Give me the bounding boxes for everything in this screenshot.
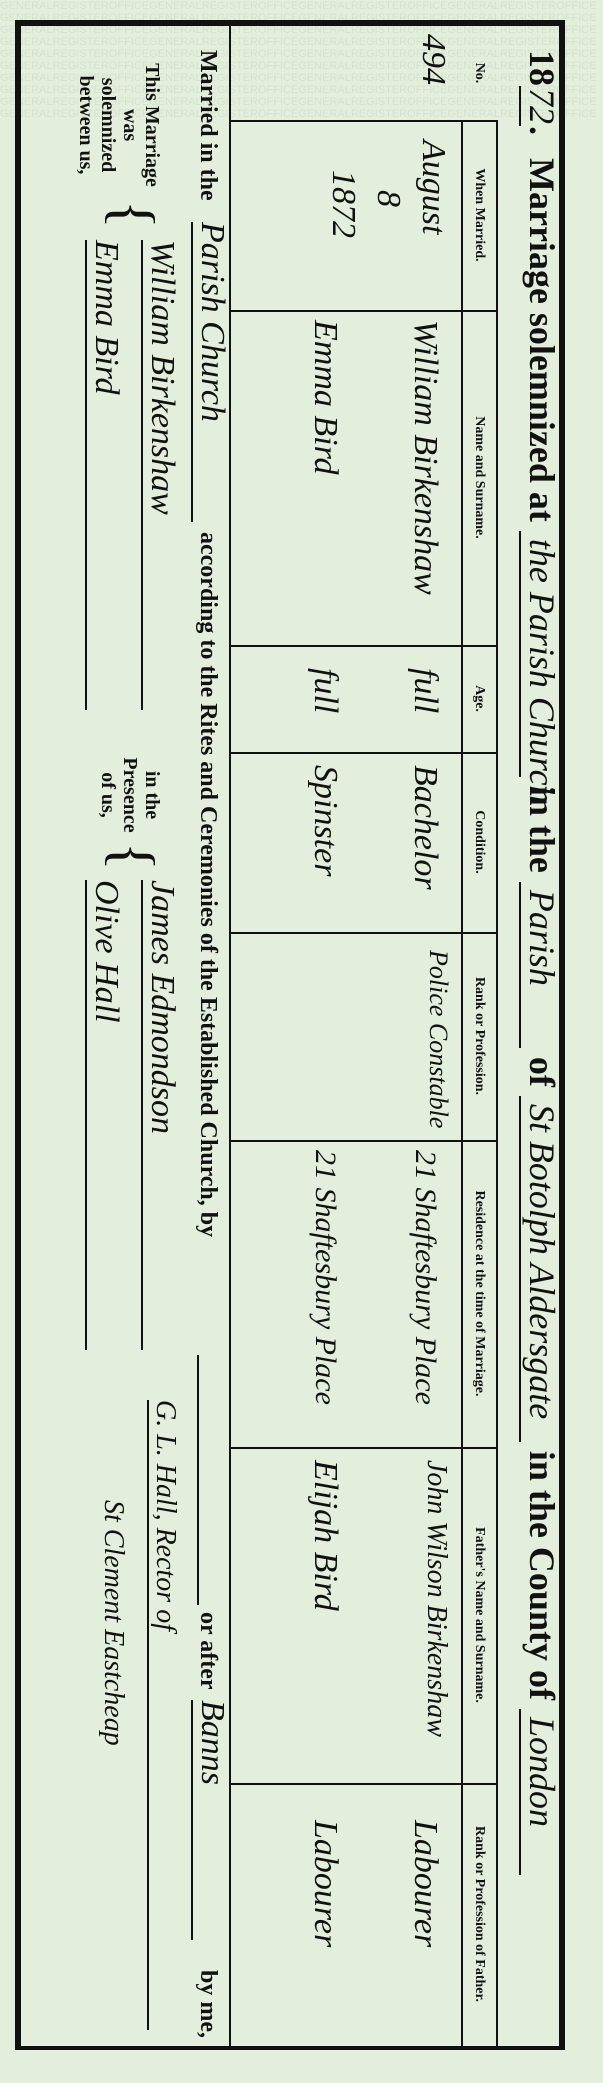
banns-field: Banns: [191, 1700, 231, 1940]
bride-father-name: Elijah Bird: [305, 1460, 345, 1611]
parish-name-field: St Botolph Aldersgate: [519, 1096, 563, 1442]
presence-line-2: Presence: [119, 750, 141, 840]
column-header-age: Age.: [463, 645, 495, 752]
witness-1-signature: James Edmondson: [141, 880, 181, 1350]
solemnized-line-1: This Marriage: [141, 60, 163, 190]
county-field: London: [519, 1709, 563, 1875]
year-suffix: 72: [519, 86, 563, 126]
col-divider: [231, 1783, 498, 1785]
groom-name: William Birkenshaw: [405, 320, 445, 595]
officiant-parish: St Clement Eastcheap: [93, 1500, 133, 1746]
brace-icon: {: [103, 842, 163, 871]
column-header-when-married: When Married.: [463, 120, 495, 310]
column-header-father-rank: Rank or Profession of Father.: [463, 1783, 495, 2045]
col-divider: [231, 1140, 498, 1142]
bride-name: Emma Bird: [305, 320, 345, 475]
marriage-certificate: 1872. Marriage solemnized at the Parish …: [0, 0, 603, 2083]
bride-condition: Spinster: [305, 765, 345, 876]
column-header-residence: Residence at the time of Marriage.: [463, 1140, 495, 1447]
certificate-heading: 1872. Marriage solemnized at the Parish …: [519, 50, 563, 1875]
married-in-rites-text: according to the Rites and Ceremonies of…: [194, 532, 221, 1237]
in-the-label: in the: [522, 786, 562, 873]
district-field: Parish: [519, 882, 563, 1048]
date-month: August: [413, 140, 453, 234]
col-divider: [231, 752, 498, 754]
solemnized-line-2: was solemnized: [97, 60, 141, 190]
column-header-father-name: Father's Name and Surname.: [463, 1447, 495, 1783]
bride-residence: 21 Shaftesbury Place: [305, 1150, 345, 1405]
date-day: 8: [368, 190, 408, 207]
date-year: 1872: [323, 170, 363, 238]
by-me-label: by me,: [194, 1970, 221, 2038]
groom-rank: Police Constable: [423, 950, 453, 1130]
solemnized-line-3: between us,: [75, 60, 97, 190]
married-in-prefix: Married in the: [194, 50, 221, 201]
witness-2-signature: Olive Hall: [85, 880, 125, 1350]
year-prefix: 18: [522, 50, 562, 86]
county-label: in the County of: [522, 1451, 562, 1700]
col-divider: [231, 645, 498, 647]
groom-father-rank: Labourer: [405, 1820, 445, 1947]
of-label: of: [522, 1057, 562, 1087]
column-header-condition: Condition.: [463, 752, 495, 932]
place-field: the Parish Church: [519, 531, 563, 777]
col-divider: [231, 1447, 498, 1449]
or-after-label: or after: [194, 1612, 221, 1690]
col-divider: [231, 932, 498, 934]
bride-age: full: [305, 668, 345, 713]
groom-residence: 21 Shaftesbury Place: [405, 1150, 445, 1405]
groom-father-name: John Wilson Birkenshaw: [419, 1460, 453, 1780]
presence-line-1: in the: [141, 750, 163, 840]
officiant-signature: G. L. Hall, Rector of: [147, 1400, 181, 2030]
presence-line-3: of us,: [97, 750, 119, 840]
married-in-place: Parish Church: [191, 222, 231, 522]
table-top-rule: [496, 120, 498, 2050]
column-header-no: No.: [463, 26, 495, 120]
presence-label: in the Presence of us,: [97, 750, 163, 840]
column-header-name: Name and Surname.: [463, 310, 495, 645]
solemnized-label: This Marriage was solemnized between us,: [75, 60, 163, 190]
heading-text: Marriage solemnized at: [522, 158, 562, 522]
party-2-signature: Emma Bird: [85, 240, 125, 710]
groom-age: full: [405, 668, 445, 713]
brace-icon: {: [103, 200, 163, 229]
by-blank-rule: [197, 1355, 199, 1605]
party-1-signature: William Birkenshaw: [141, 240, 181, 710]
col-divider: [231, 310, 498, 312]
entry-number: 494: [413, 34, 453, 85]
bride-father-rank: Labourer: [305, 1820, 345, 1947]
column-header-rank: Rank or Profession.: [463, 932, 495, 1140]
groom-condition: Bachelor: [405, 765, 445, 890]
col-divider: [231, 120, 498, 122]
